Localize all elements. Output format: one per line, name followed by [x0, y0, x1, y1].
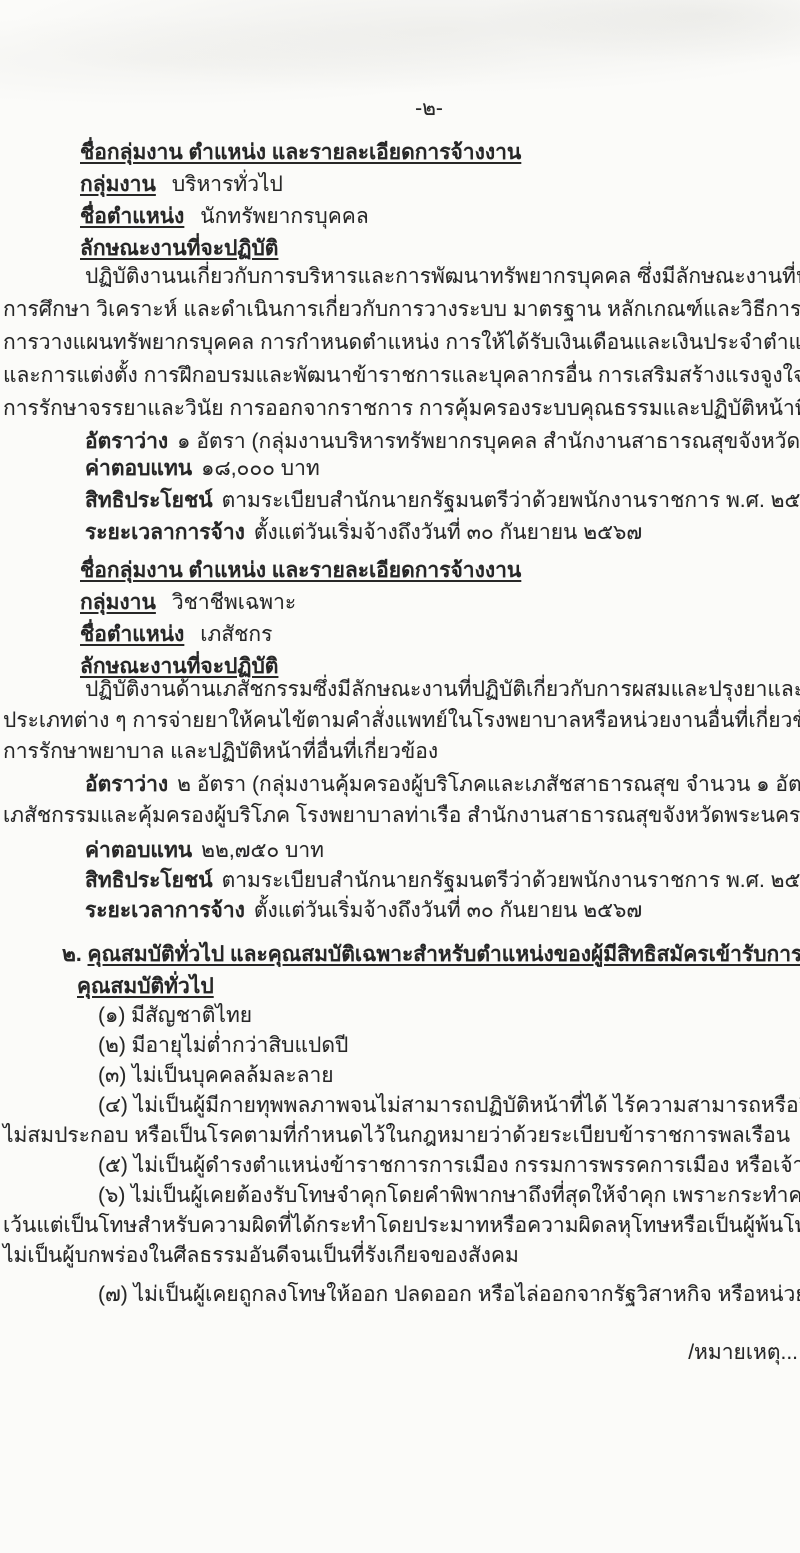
job1-pay-row: ค่าตอบแทน๑๘,๐๐๐ บาท	[0, 453, 796, 485]
job2-position-row: ชื่อตำแหน่งเภสัชกร	[0, 619, 796, 651]
job2-duties-block: ปฏิบัติงานด้านเภสัชกรรมซึ่งมีลักษณะงานที…	[0, 674, 796, 767]
job2-position-value: เภสัชกร	[200, 623, 272, 646]
job2-period-row: ระยะเวลาการจ้างตั้งแต่วันเริ่มจ้างถึงวัน…	[0, 896, 796, 926]
job1-pay-value: ๑๘,๐๐๐ บาท	[201, 457, 320, 480]
qualification-item-line: (๔) ไม่เป็นผู้มีกายทุพพลภาพจนไม่สามารถปฏ…	[0, 1091, 796, 1121]
qualification-item-line: (๕) ไม่เป็นผู้ดำรงตำแหน่งข้าราชการการเมื…	[0, 1151, 796, 1181]
job2-vacancy-line: เภสัชกรรมและคุ้มครองผู้บริโภค โรงพยาบาลท…	[0, 800, 796, 831]
section2-items-block: (๑) มีสัญชาติไทย (๒) มีอายุไม่ต่ำกว่าสิบ…	[0, 1001, 796, 1310]
job2-benefits-label: สิทธิประโยชน์	[85, 869, 213, 892]
job2-pay-label: ค่าตอบแทน	[85, 839, 192, 862]
job1-duties-line: และการแต่งตั้ง การฝึกอบรมและพัฒนาข้าราชก…	[0, 359, 796, 392]
job1-group-value: บริหารทั่วไป	[172, 173, 283, 196]
job2-position-label: ชื่อตำแหน่ง	[80, 623, 184, 646]
job2-pay-value: ๒๒,๗๕๐ บาท	[201, 839, 324, 862]
section2-heading-row: ๒. คุณสมบัติทั่วไป และคุณสมบัติเฉพาะสำหร…	[0, 939, 796, 971]
job1-benefits-label: สิทธิประโยชน์	[85, 489, 213, 512]
document-page: -๒- ชื่อกลุ่มงาน ตำแหน่ง และรายละเอียดกา…	[0, 0, 800, 1553]
job2-duties-line: การรักษาพยาบาล และปฏิบัติหน้าที่อื่นที่เ…	[0, 736, 796, 767]
job1-position-row: ชื่อตำแหน่งนักทรัพยากรบุคคล	[0, 201, 796, 233]
continuation-note: /หมายเหตุ...	[688, 1336, 798, 1369]
job1-pay-label: ค่าตอบแทน	[85, 457, 192, 480]
qualification-item-line: ไม่เป็นผู้บกพร่องในศีลธรรมอันดีจนเป็นที่…	[0, 1241, 796, 1271]
job1-position-label: ชื่อตำแหน่ง	[80, 205, 184, 228]
job2-duties-line: ประเภทต่าง ๆ การจ่ายยาให้คนไข้ตามคำสั่งแ…	[0, 705, 796, 736]
job2-period-value: ตั้งแต่วันเริ่มจ้างถึงวันที่ ๓๐ กันยายน …	[254, 899, 642, 922]
qualification-item-line: ไม่สมประกอบ หรือเป็นโรคตามที่กำหนดไว้ในก…	[0, 1121, 796, 1151]
job1-terms-block: ค่าตอบแทน๑๘,๐๐๐ บาท สิทธิประโยชน์ตามระเบ…	[0, 453, 796, 549]
qualification-item-line: (๓) ไม่เป็นบุคคลล้มละลาย	[0, 1061, 796, 1091]
job1-heading: ชื่อกลุ่มงาน ตำแหน่ง และรายละเอียดการจ้า…	[0, 137, 796, 169]
job2-benefits-row: สิทธิประโยชน์ตามระเบียบสำนักนายกรัฐมนตรี…	[0, 866, 796, 896]
job2-group-value: วิชาชีพเฉพาะ	[172, 591, 296, 614]
job2-vacancy-block: อัตราว่าง๒ อัตรา (กลุ่มงานคุ้มครองผู้บริ…	[0, 769, 796, 831]
job1-position-value: นักทรัพยากรบุคคล	[200, 205, 368, 228]
section2-heading: คุณสมบัติทั่วไป และคุณสมบัติเฉพาะสำหรับต…	[88, 943, 800, 966]
job1-period-value: ตั้งแต่วันเริ่มจ้างถึงวันที่ ๓๐ กันยายน …	[254, 521, 642, 544]
qualification-item-line: (๖) ไม่เป็นผู้เคยต้องรับโทษจำคุกโดยคำพิพ…	[0, 1181, 796, 1211]
job1-benefits-value: ตามระเบียบสำนักนายกรัฐมนตรีว่าด้วยพนักงา…	[222, 489, 800, 512]
job1-duties-line: ปฏิบัติงานนเกี่ยวกับการบริหารและการพัฒนา…	[0, 260, 796, 293]
job2-duties-line: ปฏิบัติงานด้านเภสัชกรรมซึ่งมีลักษณะงานที…	[0, 674, 796, 705]
qualification-item-line: (๒) มีอายุไม่ต่ำกว่าสิบแปดปี	[0, 1031, 796, 1061]
job2-benefits-value: ตามระเบียบสำนักนายกรัฐมนตรีว่าด้วยพนักงา…	[222, 869, 800, 892]
job1-period-row: ระยะเวลาการจ้างตั้งแต่วันเริ่มจ้างถึงวัน…	[0, 517, 796, 549]
job2-vacancy-value: ๒ อัตรา (กลุ่มงานคุ้มครองผู้บริโภคและเภส…	[177, 773, 800, 796]
job2-vacancy-label: อัตราว่าง	[85, 773, 168, 796]
job2-heading: ชื่อกลุ่มงาน ตำแหน่ง และรายละเอียดการจ้า…	[0, 555, 796, 587]
job1-duties-line: การรักษาจรรยาและวินัย การออกจากราชการ กา…	[0, 392, 796, 425]
job2-terms-block: ค่าตอบแทน๒๒,๗๕๐ บาท สิทธิประโยชน์ตามระเบ…	[0, 836, 796, 926]
job2-group-row: กลุ่มงานวิชาชีพเฉพาะ	[0, 587, 796, 619]
section2-number: ๒.	[62, 943, 82, 966]
job2-pay-row: ค่าตอบแทน๒๒,๗๕๐ บาท	[0, 836, 796, 866]
job1-benefits-row: สิทธิประโยชน์ตามระเบียบสำนักนายกรัฐมนตรี…	[0, 485, 796, 517]
section2-subheading: คุณสมบัติทั่วไป	[0, 971, 796, 1003]
page-number: -๒-	[0, 92, 800, 125]
job2-vacancy-row: อัตราว่าง๒ อัตรา (กลุ่มงานคุ้มครองผู้บริ…	[0, 769, 796, 800]
job2-header-block: ชื่อกลุ่มงาน ตำแหน่ง และรายละเอียดการจ้า…	[0, 555, 796, 683]
job1-vacancy-label: อัตราว่าง	[85, 430, 168, 453]
qualification-item-line: (๗) ไม่เป็นผู้เคยถูกลงโทษให้ออก ปลดออก ห…	[0, 1280, 796, 1310]
job1-duties-line: การศึกษา วิเคราะห์ และดำเนินการเกี่ยวกับ…	[0, 293, 796, 326]
job1-period-label: ระยะเวลาการจ้าง	[85, 521, 245, 544]
job2-period-label: ระยะเวลาการจ้าง	[85, 899, 245, 922]
job1-duties-line: การวางแผนทรัพยากรบุคคล การกำหนดตำแหน่ง ก…	[0, 326, 796, 359]
qualification-item-line: (๑) มีสัญชาติไทย	[0, 1001, 796, 1031]
job1-header-block: ชื่อกลุ่มงาน ตำแหน่ง และรายละเอียดการจ้า…	[0, 137, 796, 265]
job2-group-label: กลุ่มงาน	[80, 591, 156, 614]
job1-group-row: กลุ่มงานบริหารทั่วไป	[0, 169, 796, 201]
job1-duties-block: ปฏิบัติงานนเกี่ยวกับการบริหารและการพัฒนา…	[0, 260, 796, 458]
job1-group-label: กลุ่มงาน	[80, 173, 156, 196]
job1-vacancy-value: ๑ อัตรา (กลุ่มงานบริหารทรัพยากรบุคคล สำน…	[177, 430, 800, 453]
section2-heading-block: ๒. คุณสมบัติทั่วไป และคุณสมบัติเฉพาะสำหร…	[0, 939, 796, 1003]
qualification-item-line: เว้นแต่เป็นโทษสำหรับความผิดที่ได้กระทำโด…	[0, 1211, 796, 1241]
